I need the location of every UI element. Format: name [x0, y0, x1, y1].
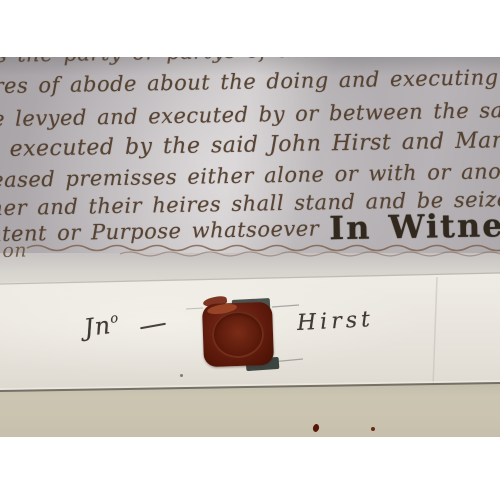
page: { "photo": { "description": "Antique par…	[0, 0, 500, 500]
signature-right-hirst: Hirst	[296, 307, 374, 336]
manuscript-line: e levyed and executed by or between the …	[0, 97, 500, 132]
signature-left-superscript: o	[109, 311, 120, 327]
manuscript-line: res of abode about the doing and executi…	[0, 64, 499, 99]
document-photo: s the party or partys of the said to nam…	[0, 57, 500, 437]
ink-speck	[371, 427, 375, 431]
manuscript-text-block: s the party or partys of the said to nam…	[0, 57, 500, 287]
signature-left-jno: Jno	[82, 310, 121, 342]
manuscript-line: executed by the said John Hirst and Marg…	[9, 128, 500, 163]
trailing-word: on	[2, 240, 27, 262]
ink-speck	[180, 374, 183, 377]
manuscript-line-text: ntent or Purpose whatsoever	[0, 216, 319, 246]
red-wax-seal	[202, 302, 274, 367]
blackletter-in-witness: In Witne	[329, 206, 500, 247]
signature-left-main: Jn	[82, 311, 112, 342]
